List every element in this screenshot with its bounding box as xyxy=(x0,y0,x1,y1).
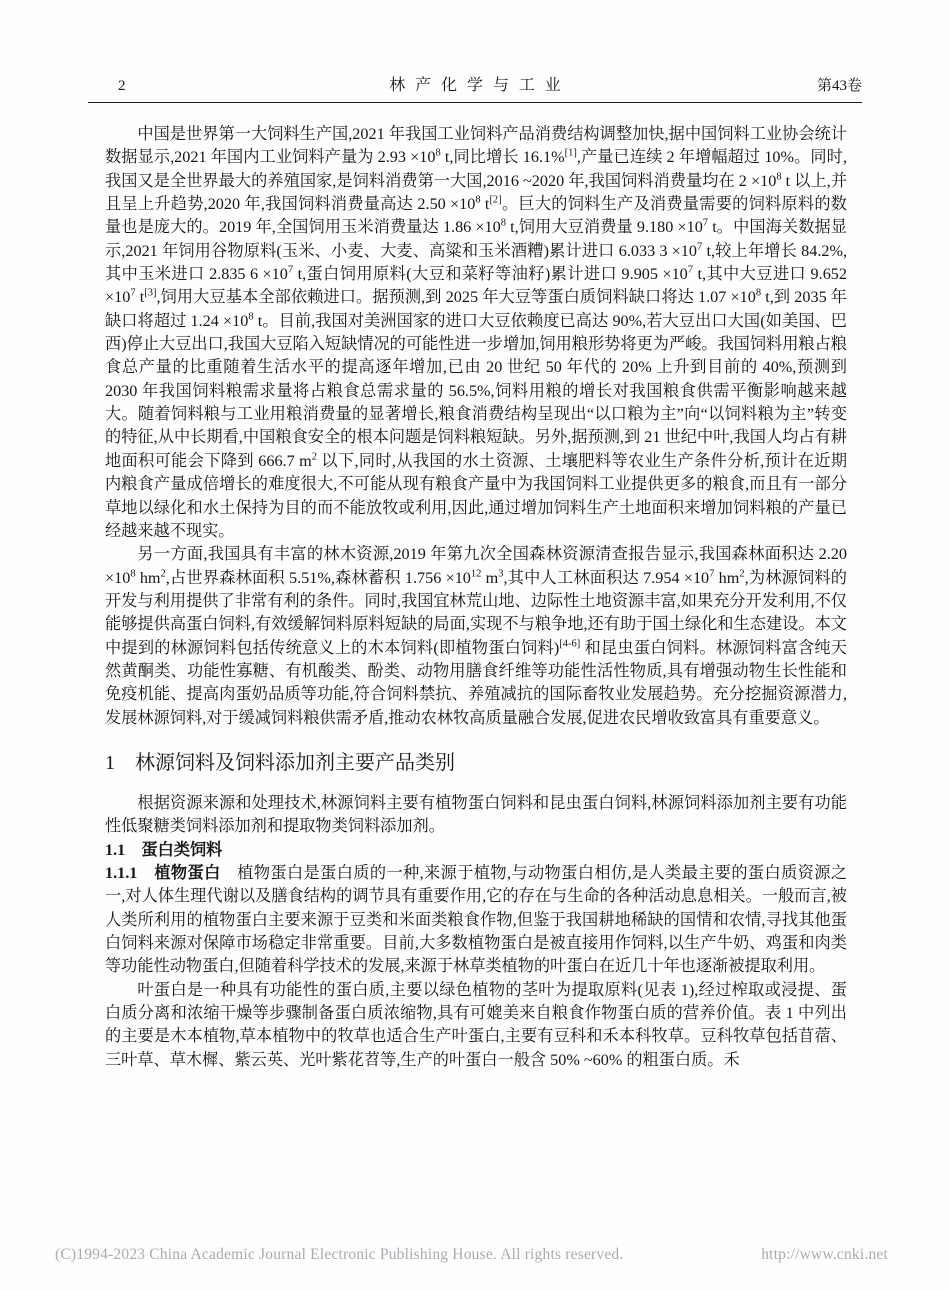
superscript: [4-6] xyxy=(559,638,580,649)
superscript: 12 xyxy=(471,568,482,579)
running-head: 2 林产化学与工业 第43卷 xyxy=(88,72,862,95)
publisher-url: http://www.cnki.net xyxy=(761,1246,888,1264)
superscript: [3] xyxy=(144,288,156,299)
paragraph: 根据资源来源和处理技术,林源饲料主要有植物蛋白饲料和昆虫蛋白饲料,林源饲料添加剂… xyxy=(105,792,847,839)
superscript: [1] xyxy=(565,148,577,159)
paragraph: 另一方面,我国具有丰富的林木资源,2019 年第九次全国森林资源清查报告显示,我… xyxy=(105,543,847,730)
paragraph: 1.1.1 植物蛋白 植物蛋白是蛋白质的一种,来源于植物,与动物蛋白相仿,是人类… xyxy=(105,862,847,979)
section-heading: 1 林源饲料及饲料添加剂主要产品类别 xyxy=(105,750,847,776)
paragraph: 叶蛋白是一种具有功能性的蛋白质,主要以绿色植物的茎叶为提取原料(见表 1),经过… xyxy=(105,979,847,1072)
paragraph: 中国是世界第一大饲料生产国,2021 年我国工业饲料产品消费结构调整加快,据中国… xyxy=(105,123,847,543)
volume-number: 第43卷 xyxy=(752,74,862,95)
header-rule xyxy=(88,102,862,103)
copyright-notice: (C)1994-2023 China Academic Journal Elec… xyxy=(55,1246,623,1264)
journal-title: 林产化学与工业 xyxy=(198,72,752,95)
journal-page: 2 林产化学与工业 第43卷 中国是世界第一大饲料生产国,2021 年我国工业饲… xyxy=(0,0,950,1290)
page-number: 2 xyxy=(88,78,198,95)
section-heading: 1.1 蛋白类饲料 xyxy=(105,839,847,862)
page-footer: (C)1994-2023 China Academic Journal Elec… xyxy=(55,1246,888,1264)
superscript: [2] xyxy=(489,195,501,206)
article-body: 中国是世界第一大饲料生产国,2021 年我国工业饲料产品消费结构调整加快,据中国… xyxy=(105,123,847,1072)
